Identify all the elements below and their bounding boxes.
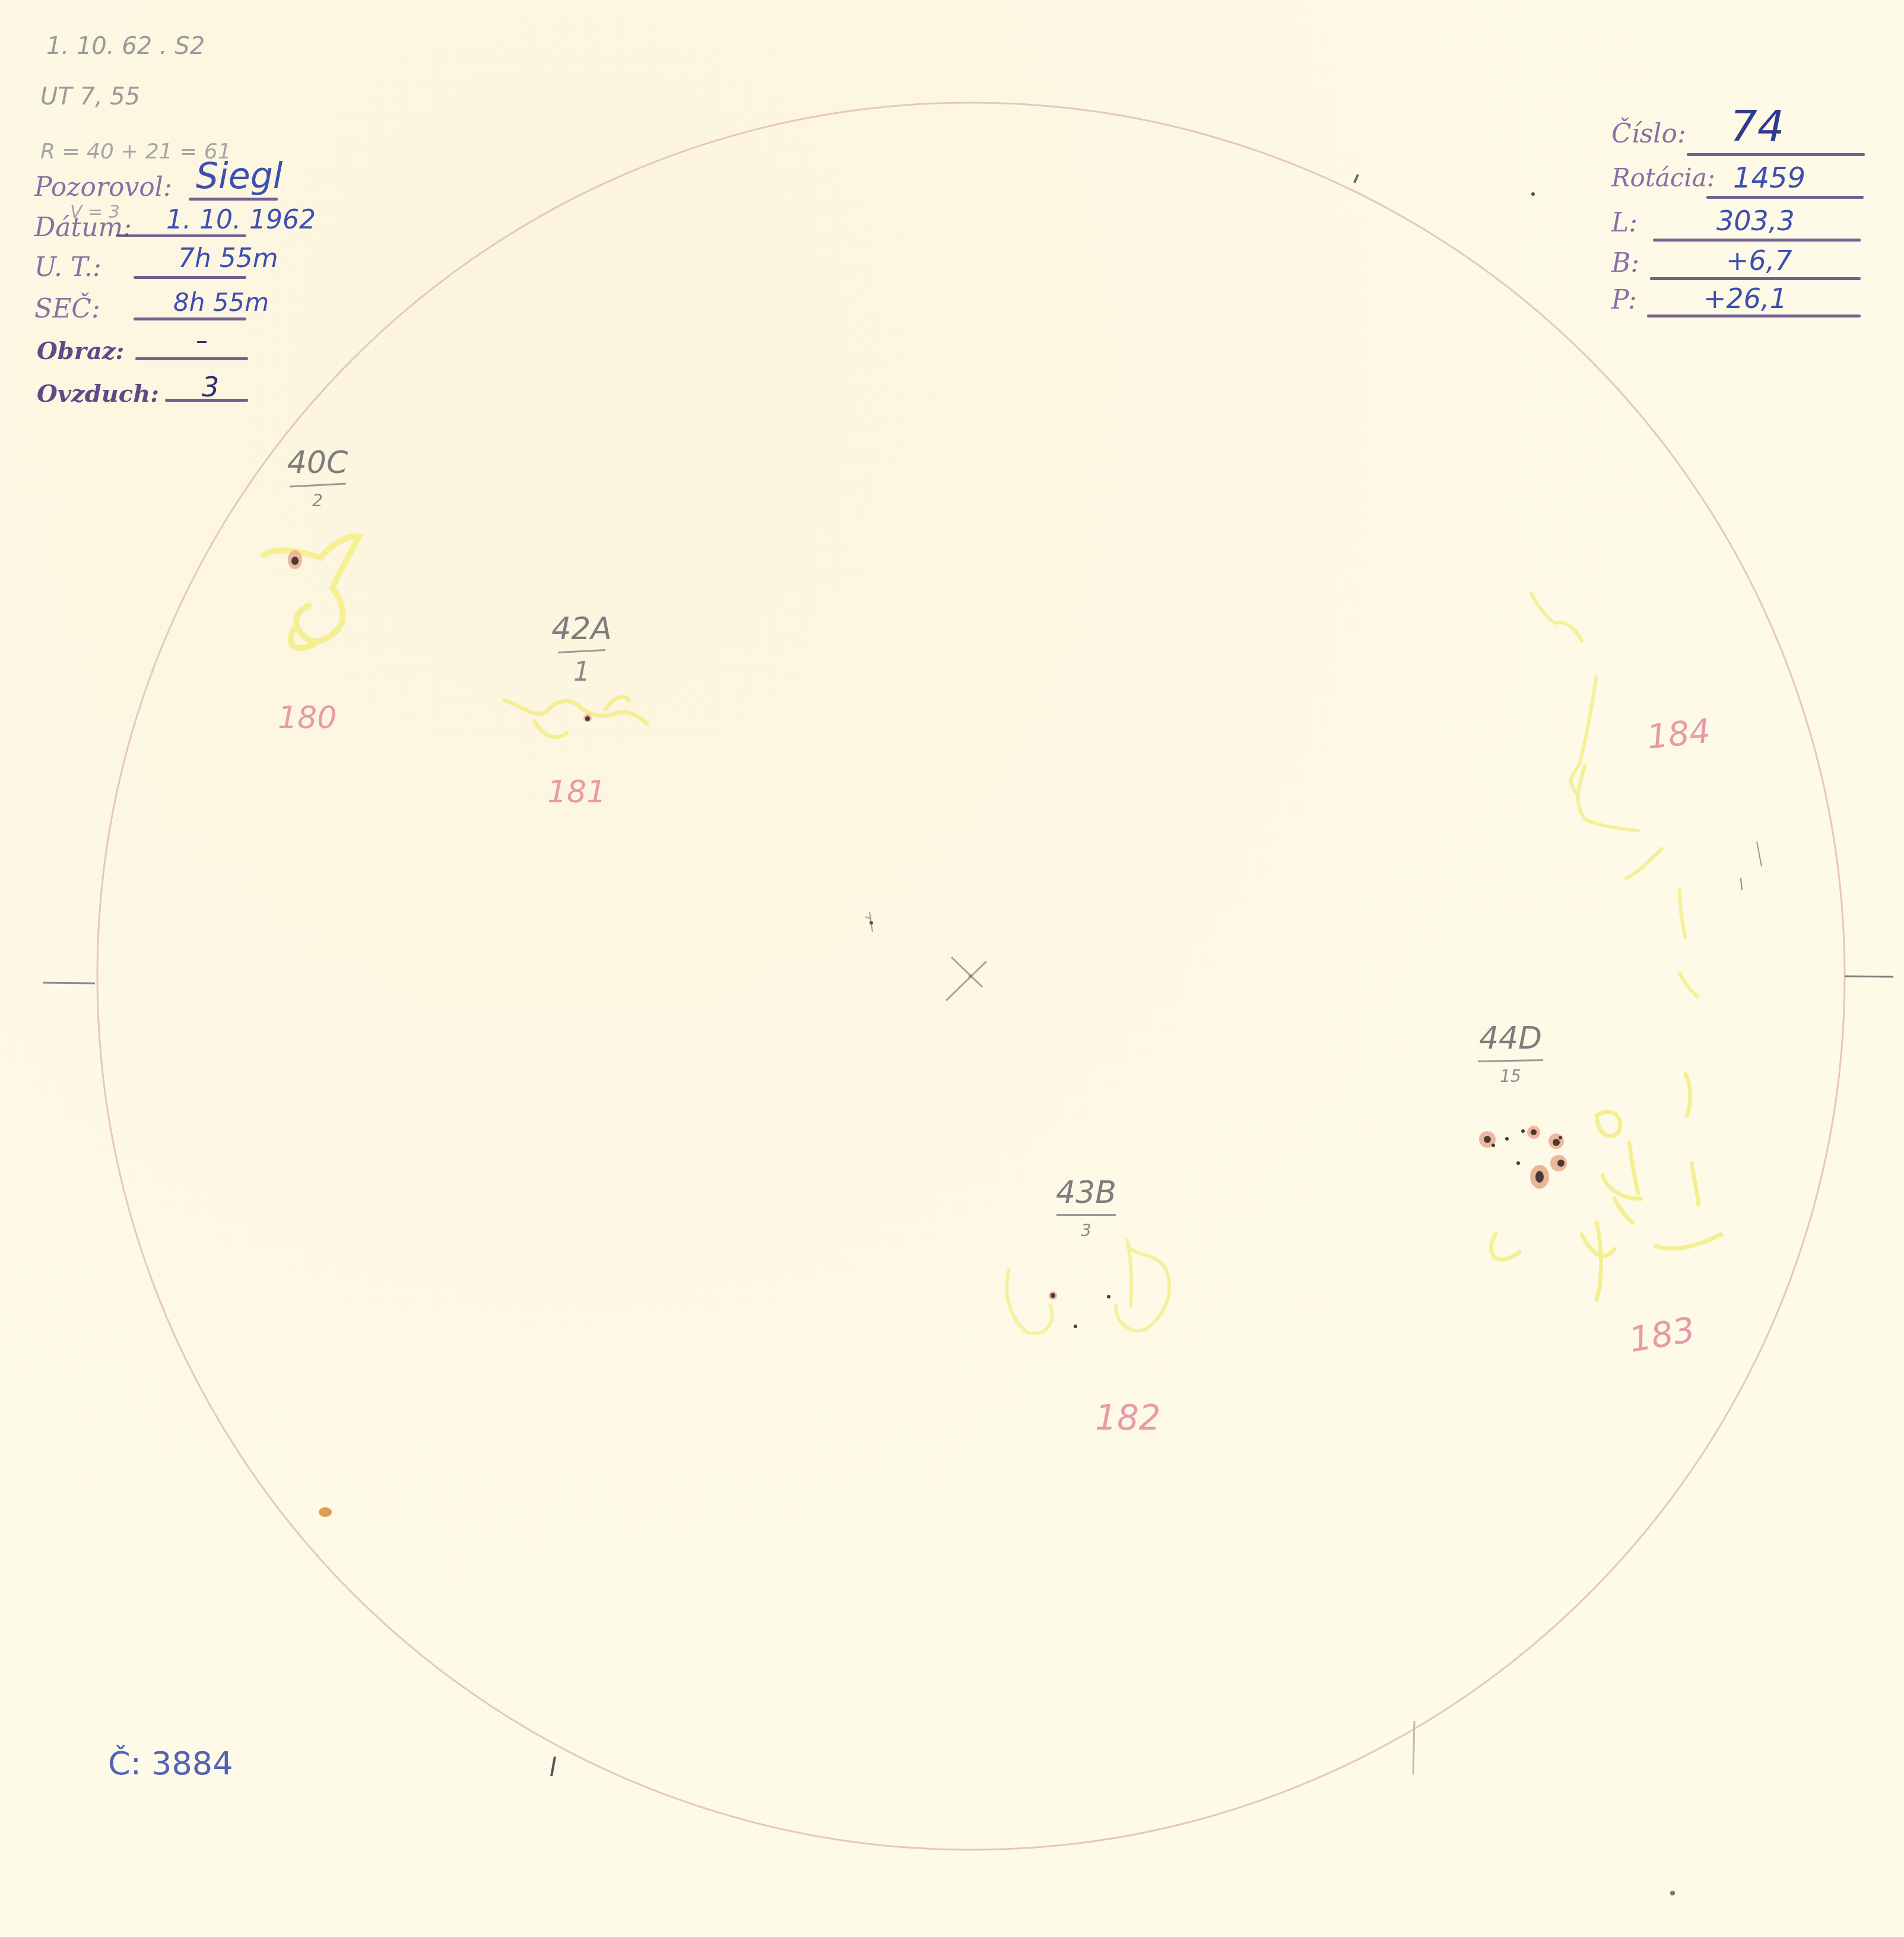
paper-dot	[1670, 1891, 1675, 1895]
sunspots-group-44d	[1479, 1126, 1567, 1189]
facula-number-181: 181	[547, 774, 606, 810]
label-seeing: Ovzduch:	[37, 380, 159, 408]
group-label-42a: 42A 1	[549, 611, 614, 687]
group-label-43b: 43B 3	[1051, 1175, 1122, 1240]
label-latitude: B:	[1611, 248, 1639, 278]
facula-number-180: 180	[278, 700, 337, 736]
group-name: 42A	[549, 611, 614, 647]
group-label-44d: 44D 15	[1472, 1021, 1549, 1086]
note-date-sheet: 1. 10. 62 . S2	[46, 33, 205, 60]
label-longitude: L:	[1611, 208, 1638, 238]
paper-stain	[319, 1507, 332, 1517]
label-ut: U. T.:	[34, 252, 101, 282]
group-spot-count: 1	[549, 657, 614, 687]
north-rim-tick	[1354, 174, 1358, 183]
group-spot-count: 2	[285, 491, 350, 510]
faculae-group-40c	[264, 536, 359, 648]
facula-number-184: 184	[1645, 712, 1712, 757]
group-name: 44D	[1472, 1021, 1549, 1056]
label-observer: Pozorovol:	[34, 172, 172, 202]
value-sec: 8h 55m	[173, 288, 269, 317]
east-tick	[43, 983, 95, 983]
label-image: Obraz:	[37, 337, 124, 365]
sunspots-group-43b	[1049, 1291, 1110, 1328]
small-cross-mark	[865, 912, 873, 932]
group-spot-count: 15	[1472, 1066, 1549, 1086]
value-seeing: 3	[202, 371, 219, 403]
south-rim-tick-left	[551, 1757, 555, 1776]
faculae-limb-west	[1531, 593, 1697, 997]
value-latitude: +6,7	[1726, 244, 1792, 277]
group-label-40c: 40C 2	[285, 445, 350, 510]
value-rotation: 1459	[1733, 161, 1805, 195]
paper-dot	[1531, 192, 1535, 196]
solar-drawing-sheet: 1. 10. 62 . S2 UT 7, 55 R = 40 + 21 = 61…	[0, 0, 1904, 1937]
center-cross-icon	[946, 957, 986, 1001]
value-position-angle: +26,1	[1703, 282, 1787, 315]
label-position-angle: P:	[1611, 285, 1637, 315]
label-date: Dátum:	[34, 212, 132, 243]
value-date: 1. 10. 1962	[166, 205, 316, 235]
label-sec: SEČ:	[34, 294, 100, 324]
south-rim-tick-right	[1413, 1721, 1414, 1774]
group-name: 43B	[1051, 1175, 1122, 1211]
group-name: 40C	[285, 445, 350, 481]
value-observer: Siegl	[196, 155, 283, 197]
sunspots-group-40c	[288, 550, 302, 569]
facula-number-182: 182	[1095, 1398, 1161, 1438]
sunspots-group-42a	[583, 714, 592, 722]
west-tick	[1845, 976, 1893, 977]
group-spot-count: 3	[1051, 1221, 1122, 1240]
limb-ticks-right	[1741, 842, 1762, 890]
label-rotation: Rotácia:	[1611, 163, 1715, 192]
note-ut: UT 7, 55	[40, 83, 140, 110]
faculae-group-43b	[1007, 1240, 1169, 1333]
faculae-group-44d	[1491, 1074, 1721, 1300]
archive-number: Č: 3884	[108, 1745, 233, 1782]
label-number: Číslo:	[1611, 119, 1686, 149]
value-longitude: 303,3	[1716, 205, 1795, 237]
value-number: 74	[1730, 101, 1785, 151]
value-image: –	[196, 328, 208, 355]
faculae-group-42a	[504, 697, 647, 737]
value-ut: 7h 55m	[178, 243, 278, 274]
